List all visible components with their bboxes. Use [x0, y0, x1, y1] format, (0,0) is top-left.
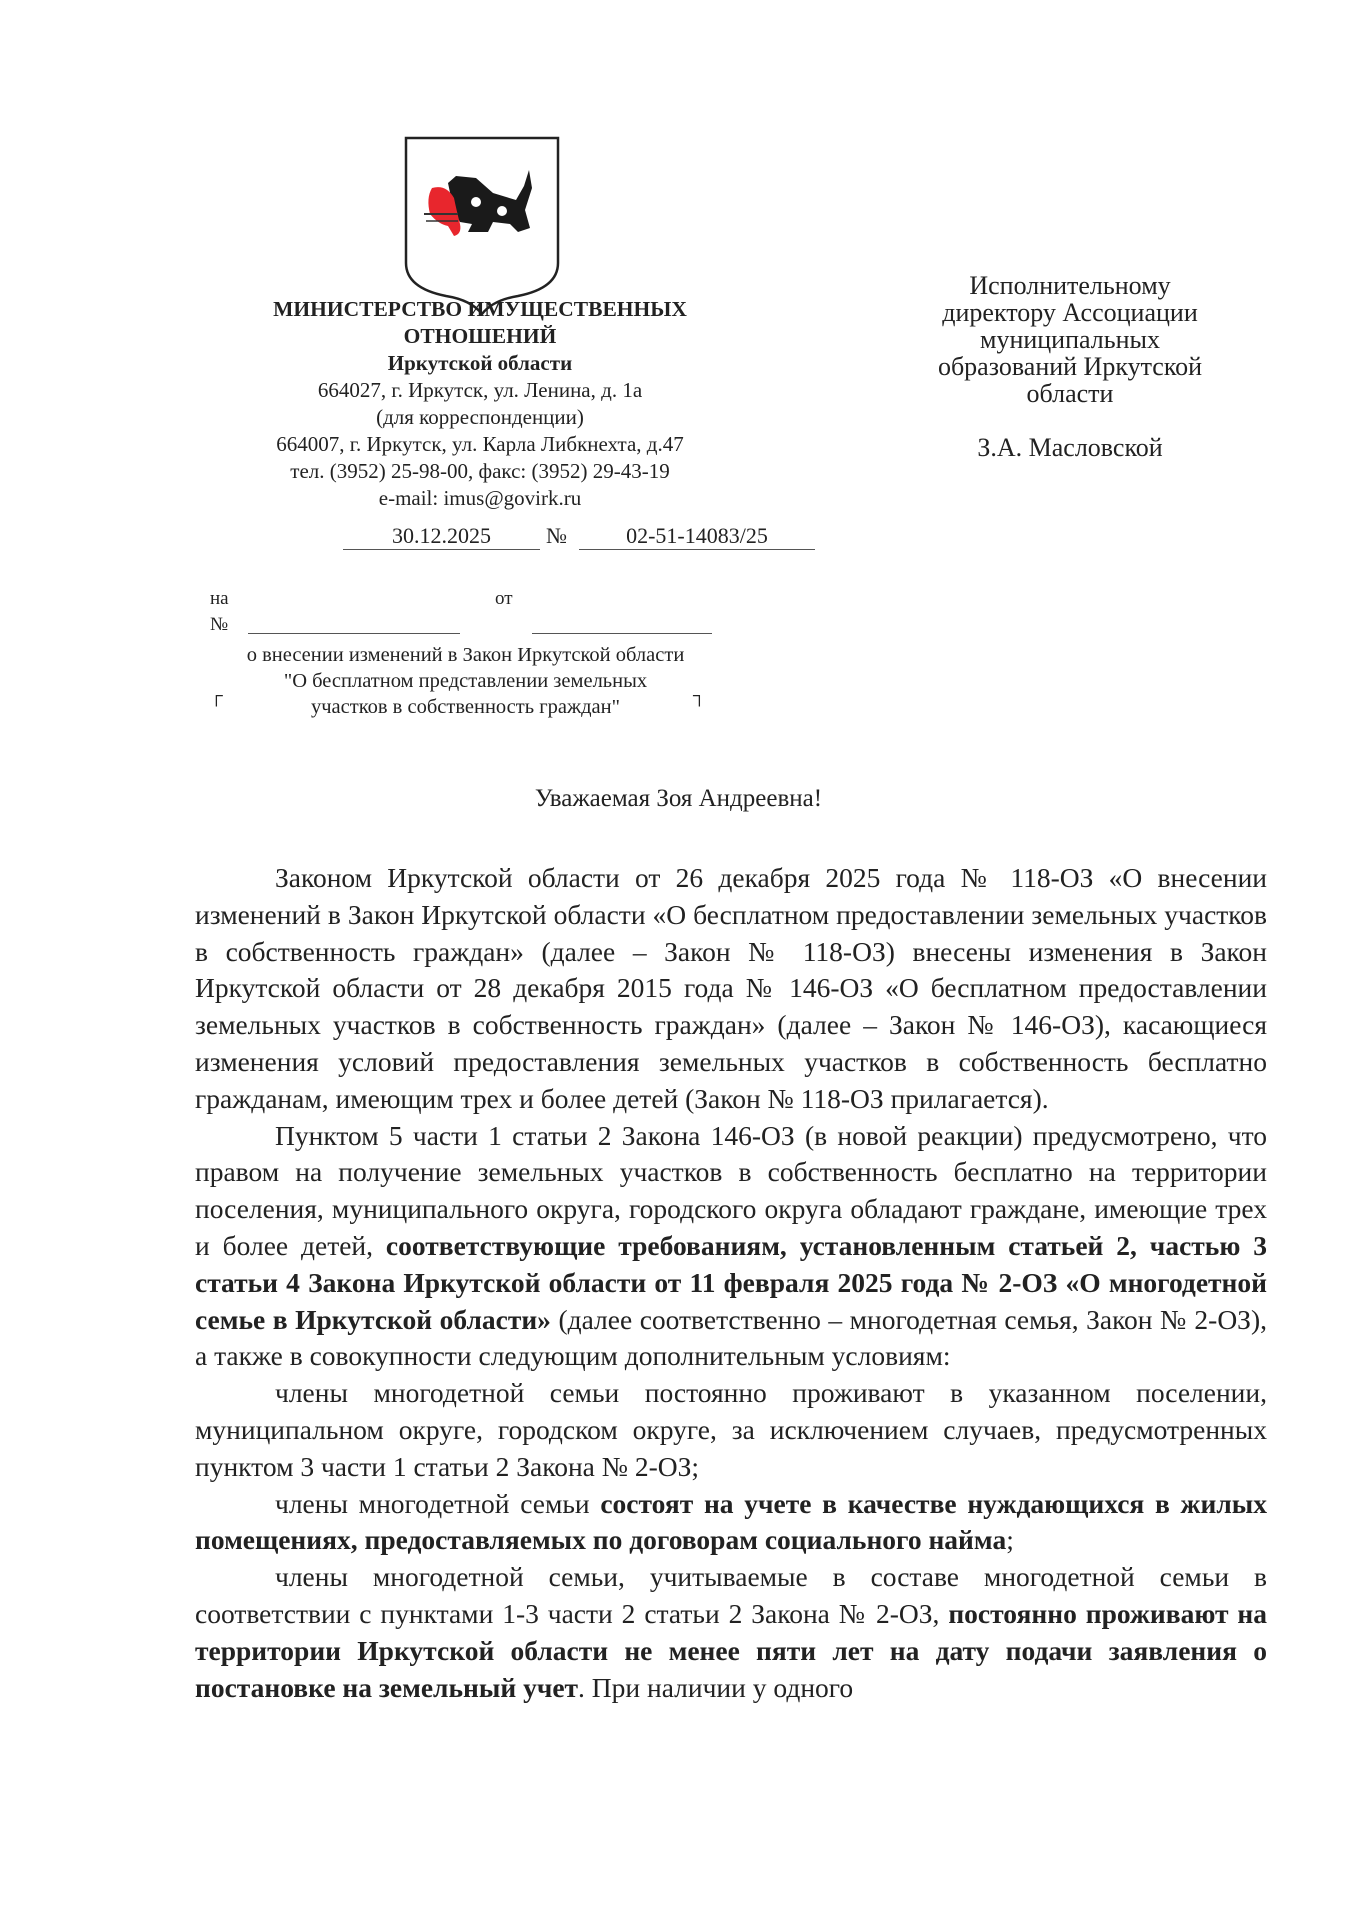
subject-line1: о внесении изменений в Закон Иркутской о… — [193, 642, 738, 668]
letter-body: Законом Иркутской области от 26 декабря … — [195, 860, 1267, 1706]
letter-date: 30.12.2025 — [343, 522, 540, 550]
salutation: Уважаемая Зоя Андреевна! — [0, 785, 1357, 813]
recipient-line3: муниципальных — [880, 326, 1260, 353]
subject-line2: "О бесплатном представлении земельных — [193, 668, 738, 694]
letter-number: 02-51-14083/25 — [579, 522, 815, 550]
sender-address-2: 664007, г. Иркутск, ул. Карла Либкнехта,… — [210, 431, 750, 458]
body-paragraph-2: Пунктом 5 части 1 статьи 2 Закона 146-ОЗ… — [195, 1118, 1267, 1376]
sender-email: e-mail: imus@govirk.ru — [210, 485, 750, 512]
body-paragraph-4: члены многодетной семьи состоят на учете… — [195, 1486, 1267, 1560]
coat-of-arms-emblem — [398, 128, 568, 318]
letter-subject: о внесении изменений в Закон Иркутской о… — [193, 642, 738, 720]
ministry-region: Иркутской области — [210, 350, 750, 377]
ministry-name-line2: ОТНОШЕНИЙ — [210, 323, 750, 350]
sender-header: МИНИСТЕРСТВО ИМУЩЕСТВЕННЫХ ОТНОШЕНИЙ Ирк… — [210, 296, 750, 512]
reply-number-label: № — [210, 614, 228, 636]
sender-address-note: (для корреспонденции) — [210, 404, 750, 431]
body-paragraph-1: Законом Иркутской области от 26 декабря … — [195, 860, 1267, 1118]
body-paragraph-5: члены многодетной семьи, учитываемые в с… — [195, 1559, 1267, 1706]
recipient-name: З.А. Масловской — [880, 434, 1260, 461]
sender-phones: тел. (3952) 25-98-00, факс: (3952) 29-43… — [210, 458, 750, 485]
reply-number-blank — [248, 633, 460, 634]
sender-address-1: 664027, г. Иркутск, ул. Ленина, д. 1а — [210, 377, 750, 404]
recipient-line5: области — [880, 380, 1260, 407]
subject-line3: участков в собственность граждан" — [193, 694, 738, 720]
ministry-name-line1: МИНИСТЕРСТВО ИМУЩЕСТВЕННЫХ — [210, 296, 750, 323]
irkutsk-coat-of-arms-icon — [398, 128, 568, 318]
reply-to-label: на — [210, 588, 229, 610]
recipient-line2: директору Ассоциации — [880, 299, 1260, 326]
reply-reference-fields: на № от — [210, 588, 750, 638]
recipient-line1: Исполнительному — [880, 272, 1260, 299]
recipient-block: Исполнительному директору Ассоциации мун… — [880, 272, 1260, 461]
reply-from-label: от — [495, 588, 513, 610]
body-text-run: . При наличии у одного — [578, 1672, 853, 1703]
body-text-run: ; — [1006, 1524, 1014, 1555]
recipient-line4: образований Иркутской — [880, 353, 1260, 380]
body-text-run: члены многодетной семьи — [275, 1488, 600, 1519]
reply-date-blank — [532, 633, 712, 634]
body-paragraph-3: члены многодетной семьи постоянно прожив… — [195, 1375, 1267, 1485]
outgoing-reference: 30.12.2025 № 02-51-14083/25 — [343, 522, 823, 550]
number-sign: № — [546, 522, 576, 549]
